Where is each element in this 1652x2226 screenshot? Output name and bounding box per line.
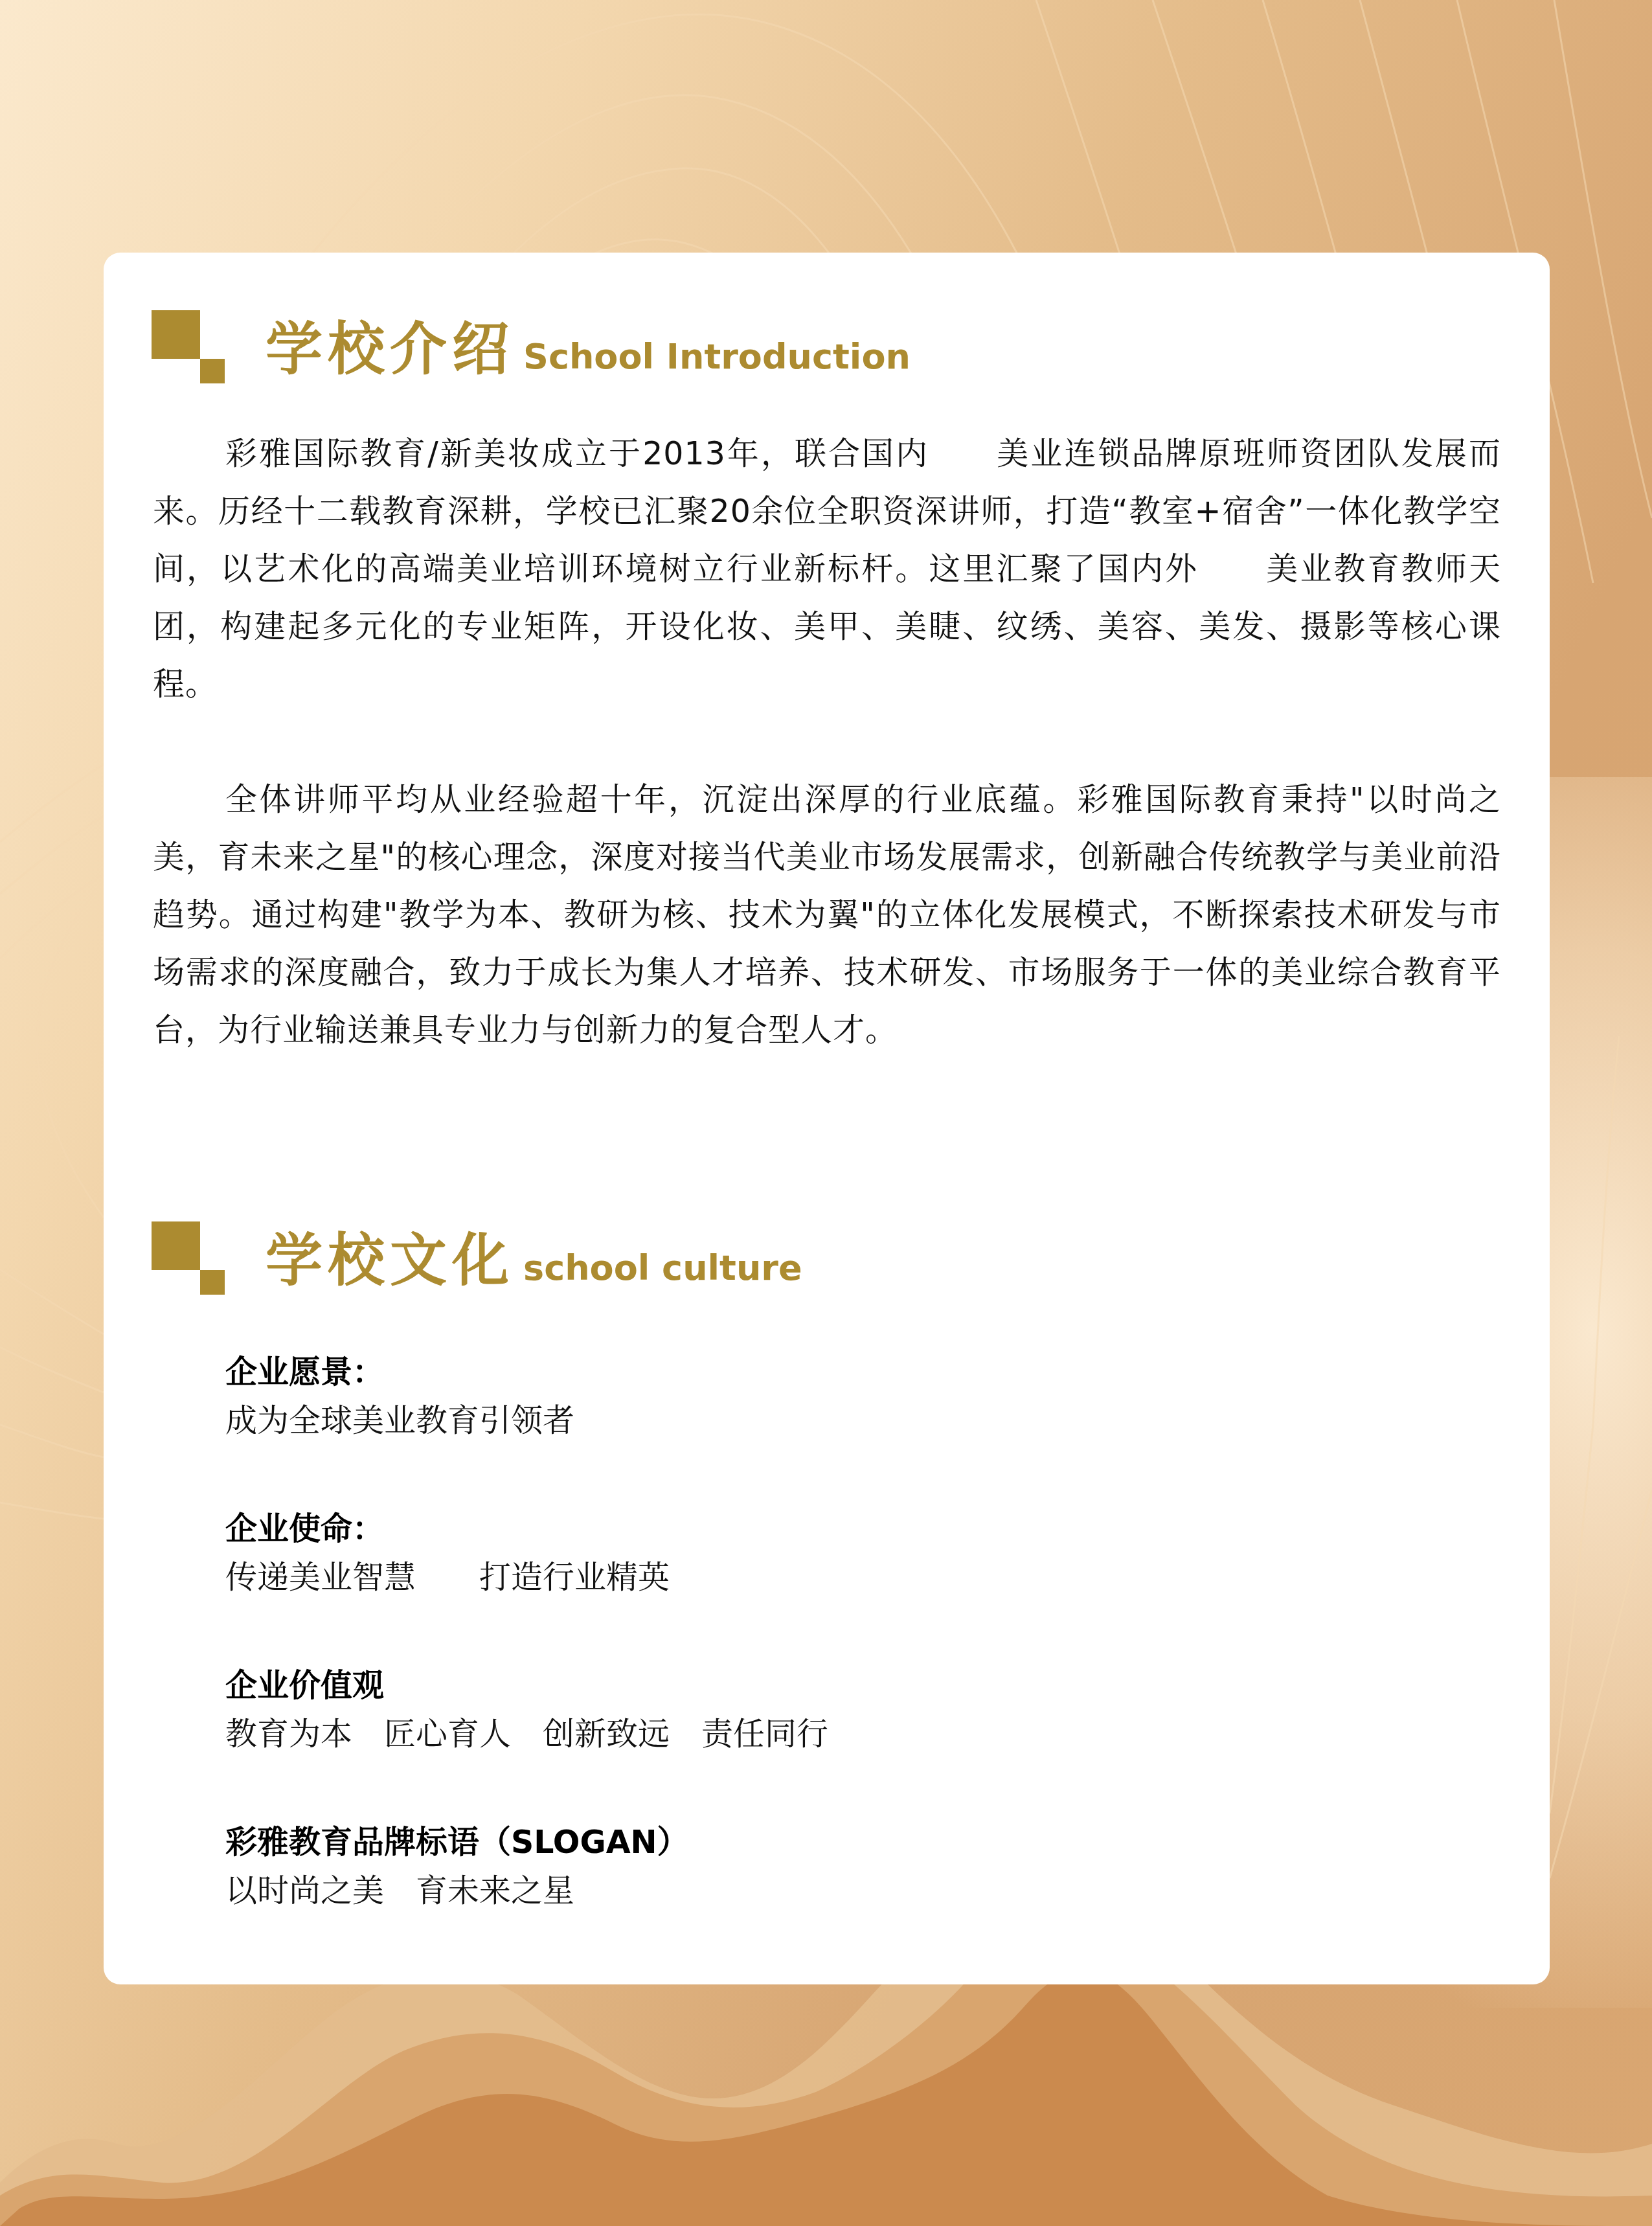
intro-title-en: School Introduction — [523, 318, 911, 396]
square-decoration-small-icon — [200, 1270, 225, 1295]
culture-value: 教育为本 匠心育人 创新致远 责任同行 — [225, 1709, 1391, 1760]
intro-paragraph-2: 全体讲师平均从业经验超十年，沉淀出深厚的行业底蕴。彩雅国际教育秉持"以时尚之美，… — [153, 771, 1501, 1059]
section-header-intro: 学校介绍 School Introduction — [152, 310, 1317, 388]
square-decoration-icon — [152, 1221, 200, 1270]
intro-paragraph-1: 彩雅国际教育/新美妆成立于2013年，联合国内 美业连锁品牌原班师资团队发展而来… — [153, 425, 1501, 713]
section-header-culture: 学校文化 school culture — [152, 1221, 1317, 1299]
culture-item-slogan: 彩雅教育品牌标语（SLOGAN） 以时尚之美 育未来之星 — [225, 1820, 1391, 1917]
culture-title: 学校文化 school culture — [266, 1221, 802, 1299]
culture-title-cn: 学校文化 — [266, 1221, 514, 1299]
square-decoration-small-icon — [200, 359, 225, 383]
culture-value: 以时尚之美 育未来之星 — [225, 1865, 1391, 1917]
content-card: 学校介绍 School Introduction 彩雅国际教育/新美妆成立于20… — [104, 253, 1550, 1984]
intro-title-cn: 学校介绍 — [266, 310, 514, 388]
culture-item-vision: 企业愿景： 成为全球美业教育引领者 — [225, 1350, 1391, 1447]
culture-label: 企业使命： — [225, 1506, 1391, 1552]
culture-item-values: 企业价值观 教育为本 匠心育人 创新致远 责任同行 — [225, 1663, 1391, 1760]
culture-label: 企业愿景： — [225, 1350, 1391, 1395]
culture-value: 成为全球美业教育引领者 — [225, 1395, 1391, 1447]
culture-title-en: school culture — [523, 1229, 802, 1307]
intro-title: 学校介绍 School Introduction — [266, 310, 911, 388]
culture-item-mission: 企业使命： 传递美业智慧 打造行业精英 — [225, 1506, 1391, 1604]
culture-label: 彩雅教育品牌标语（SLOGAN） — [225, 1820, 1391, 1865]
culture-value: 传递美业智慧 打造行业精英 — [225, 1552, 1391, 1604]
culture-label: 企业价值观 — [225, 1663, 1391, 1709]
square-decoration-icon — [152, 310, 200, 359]
